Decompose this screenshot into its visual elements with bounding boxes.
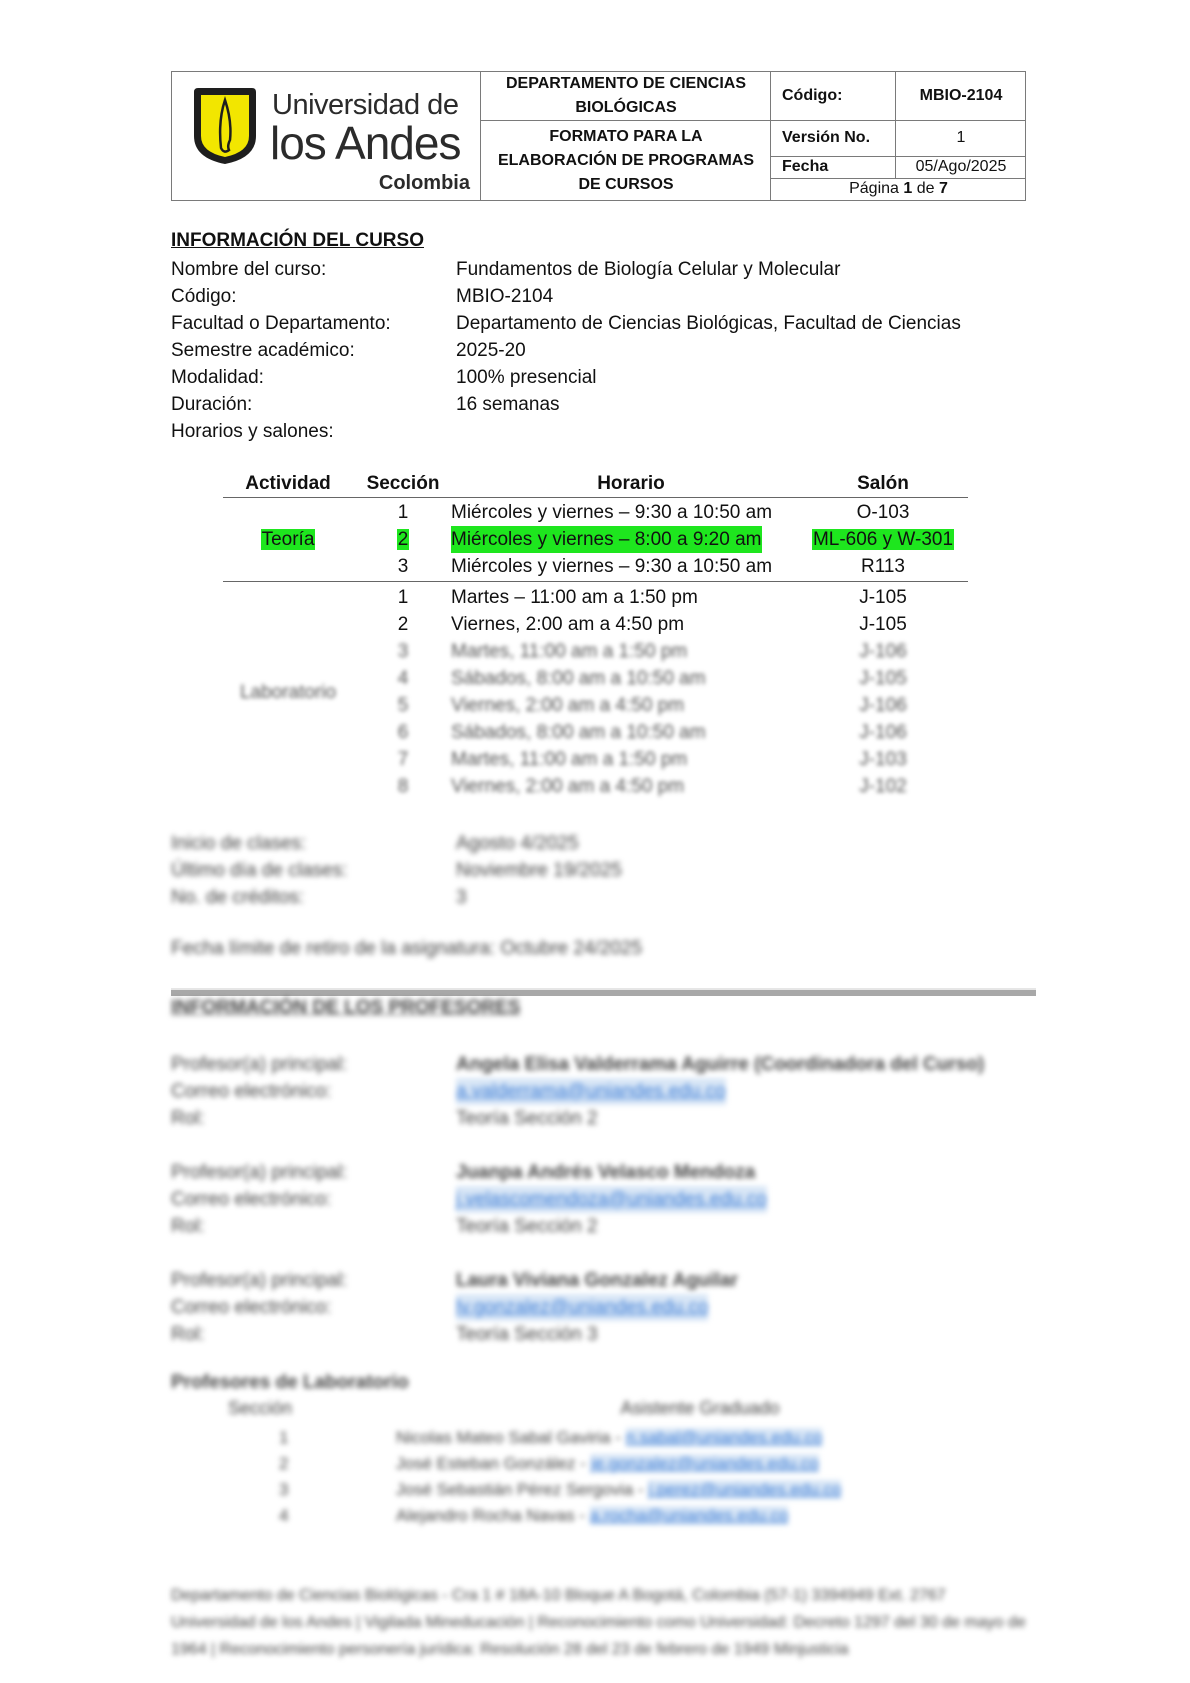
- lab-section: 4: [279, 1506, 288, 1526]
- professor-label: Correo electrónico:: [171, 1186, 332, 1213]
- lab-header-assistant: Asistente Graduado: [560, 1398, 840, 1419]
- schedule-time: Martes, 11:00 am a 1:50 pm: [451, 746, 687, 773]
- lab-professor-row: 2José Esteban González - je.gonzalez@uni…: [171, 1454, 991, 1480]
- activity-theory: Teoría: [223, 526, 968, 553]
- professor-value: Laura Viviana Gonzalez Aguilar: [456, 1267, 738, 1294]
- classroom: J-105: [783, 611, 983, 638]
- lab-assistant-name: José Esteban González: [396, 1454, 576, 1473]
- lab-assistant-email-link[interactable]: n.sabal@uniandes.edu.co: [626, 1428, 823, 1447]
- classroom: J-103: [783, 746, 983, 773]
- page-indicator: Página 1 de 7: [772, 178, 1025, 200]
- schedule-time: Miércoles y viernes – 9:30 a 10:50 am: [451, 499, 772, 526]
- date-label: Último día de clases:: [171, 857, 347, 884]
- professor-email-link[interactable]: a.valderrama@uniandes.edu.co: [456, 1078, 726, 1105]
- professor-value: Teoría Sección 2: [456, 1213, 598, 1240]
- professor-value: Juanpa Andrés Velasco Mendoza: [456, 1159, 755, 1186]
- schedule-time: Martes, 11:00 am a 1:50 pm: [451, 638, 687, 665]
- lab-professor-row: 4Alejandro Rocha Navas - a.rocha@uniande…: [171, 1506, 991, 1532]
- professor-email-link[interactable]: lv.gonzalez@uniandes.edu.co: [456, 1294, 708, 1321]
- lab-assistant-email-link[interactable]: j.perez@uniandes.edu.co: [648, 1480, 841, 1499]
- fecha-value: 05/Ago/2025: [897, 156, 1025, 178]
- course-info-label: Horarios y salones:: [171, 418, 334, 445]
- classroom: J-105: [783, 584, 983, 611]
- course-info-value: 2025-20: [456, 337, 526, 364]
- professor-label: Correo electrónico:: [171, 1078, 332, 1105]
- activity-lab: Laboratorio: [223, 679, 968, 706]
- date-label: No. de créditos:: [171, 884, 304, 911]
- activity-label-text: Teoría: [261, 529, 316, 550]
- professor-value: Teoría Sección 2: [456, 1105, 598, 1132]
- header-salon: Salón: [783, 470, 983, 497]
- section-number: 7: [353, 746, 453, 773]
- section-number: 2: [353, 611, 453, 638]
- course-info-value: 100% presencial: [456, 364, 596, 391]
- course-info-label: Modalidad:: [171, 364, 264, 391]
- section-number: 6: [353, 719, 453, 746]
- course-info-value: Fundamentos de Biología Celular y Molecu…: [456, 256, 840, 283]
- classroom: R113: [783, 553, 983, 580]
- page-footer: Departamento de Ciencias Biológicas - Cr…: [171, 1582, 1031, 1663]
- page-total: 7: [939, 177, 948, 201]
- section-divider: [171, 988, 1036, 996]
- lab-section: 1: [279, 1428, 288, 1448]
- codigo-label: Código:: [772, 72, 895, 120]
- professor-value: Teoría Sección 3: [456, 1321, 598, 1348]
- schedule-row: 2Viernes, 2:00 am a 4:50 pmJ-105: [223, 611, 968, 638]
- section-number-text: 3: [398, 556, 409, 577]
- classroom: J-102: [783, 773, 983, 800]
- classroom: J-106: [783, 719, 983, 746]
- classroom: J-106: [783, 638, 983, 665]
- professor-label: Profesor(a) principal:: [171, 1159, 347, 1186]
- schedule-time: Miércoles y viernes – 9:30 a 10:50 am: [451, 553, 772, 580]
- header-actividad: Actividad: [223, 470, 353, 497]
- header-horario: Horario: [451, 470, 811, 497]
- section-number: 3: [353, 553, 453, 580]
- withdrawal-note: Fecha límite de retiro de la asignatura:…: [171, 938, 642, 960]
- page-current: 1: [903, 177, 912, 201]
- course-info-label: Semestre académico:: [171, 337, 355, 364]
- footer-line-1: Departamento de Ciencias Biológicas - Cr…: [171, 1582, 1031, 1609]
- lab-section: 3: [279, 1480, 288, 1500]
- lab-assistant-name: Nicolas Mateo Sabal Gaviria: [396, 1428, 610, 1447]
- professor-label: Rol:: [171, 1321, 205, 1348]
- logo-line-3: Colombia: [379, 172, 470, 195]
- activity-label: Laboratorio: [223, 679, 353, 706]
- schedule-row: 7Martes, 11:00 am a 1:50 pmJ-103: [223, 746, 968, 773]
- course-info-label: Nombre del curso:: [171, 256, 326, 283]
- version-label: Versión No.: [772, 120, 895, 156]
- classroom: O-103: [783, 499, 983, 526]
- lab-assistant-email-link[interactable]: je.gonzalez@uniandes.edu.co: [591, 1454, 819, 1473]
- schedule-row: 3Miércoles y viernes – 9:30 a 10:50 amR1…: [223, 553, 968, 580]
- course-info-value: 16 semanas: [456, 391, 560, 418]
- schedule-row: 3Martes, 11:00 am a 1:50 pmJ-106: [223, 638, 968, 665]
- course-info-value: MBIO-2104: [456, 283, 553, 310]
- shield-icon: [190, 86, 260, 166]
- section-number: 3: [353, 638, 453, 665]
- university-logo: Universidad de los Andes Colombia: [190, 86, 470, 194]
- course-info-label: Código:: [171, 283, 237, 310]
- lab-assistant: José Sebastián Pérez Sergovia - j.perez@…: [396, 1480, 841, 1500]
- lab-professors-title: Profesores de Laboratorio: [171, 1372, 409, 1394]
- schedule-time: Martes – 11:00 am a 1:50 pm: [451, 584, 698, 611]
- activity-label: Teoría: [223, 526, 353, 553]
- version-value: 1: [897, 120, 1025, 156]
- professor-email-link[interactable]: j.velascomendoza@uniandes.edu.co: [456, 1186, 767, 1213]
- department-title: DEPARTAMENTO DE CIENCIAS BIOLÓGICAS: [482, 72, 770, 120]
- course-info-label: Duración:: [171, 391, 252, 418]
- professor-label: Rol:: [171, 1105, 205, 1132]
- schedule-row: 8Viernes, 2:00 am a 4:50 pmJ-102: [223, 773, 968, 800]
- lab-professor-row: 3José Sebastián Pérez Sergovia - j.perez…: [171, 1480, 991, 1506]
- schedule-time: Viernes, 2:00 am a 4:50 pm: [451, 773, 684, 800]
- professors-title: INFORMACIÓN DE LOS PROFESORES: [171, 997, 520, 1019]
- schedule-row: 1Martes – 11:00 am a 1:50 pmJ-105: [223, 584, 968, 611]
- classroom-text: O-103: [857, 502, 910, 523]
- date-value: Agosto 4/2025: [456, 830, 579, 857]
- professor-label: Profesor(a) principal:: [171, 1267, 347, 1294]
- fecha-label: Fecha: [772, 156, 895, 178]
- lab-assistant-name: José Sebastián Pérez Sergovia: [396, 1480, 633, 1499]
- lab-assistant-email-link[interactable]: a.rocha@uniandes.edu.co: [590, 1506, 789, 1525]
- schedule-row: 6Sábados, 8:00 am a 10:50 amJ-106: [223, 719, 968, 746]
- classroom-text: R113: [861, 556, 905, 577]
- footer-line-2: Universidad de los Andes | Vigilada Mine…: [171, 1609, 1031, 1636]
- footer-line-3: 1964 | Reconocimiento personería jurídic…: [171, 1636, 1031, 1663]
- professor-value: Angela Elisa Valderrama Aguirre (Coordin…: [456, 1051, 984, 1078]
- course-info-value: Departamento de Ciencias Biológicas, Fac…: [456, 310, 961, 337]
- schedule-header-row: Actividad Sección Horario Salón: [223, 470, 968, 497]
- professor-label: Profesor(a) principal:: [171, 1051, 347, 1078]
- codigo-value: MBIO-2104: [897, 72, 1025, 120]
- page-of: de: [917, 177, 935, 201]
- section-number: 8: [353, 773, 453, 800]
- section-number: 1: [353, 499, 453, 526]
- lab-professor-row: 1Nicolas Mateo Sabal Gaviria - n.sabal@u…: [171, 1428, 991, 1454]
- format-title: FORMATO PARA LA ELABORACIÓN DE PROGRAMAS…: [482, 122, 770, 200]
- date-value: 3: [456, 884, 467, 911]
- lab-assistant: Alejandro Rocha Navas - a.rocha@uniandes…: [396, 1506, 788, 1526]
- lab-header-section: Sección: [200, 1398, 320, 1419]
- course-info-label: Facultad o Departamento:: [171, 310, 391, 337]
- header-seccion: Sección: [353, 470, 453, 497]
- document-header-table: Universidad de los Andes Colombia DEPART…: [171, 71, 1026, 201]
- lab-section: 2: [279, 1454, 288, 1474]
- professor-label: Rol:: [171, 1213, 205, 1240]
- section-number-text: 1: [398, 502, 409, 523]
- schedule-row: 1Miércoles y viernes – 9:30 a 10:50 amO-…: [223, 499, 968, 526]
- schedule-time: Sábados, 8:00 am a 10:50 am: [451, 719, 706, 746]
- logo-line-2: los Andes: [270, 116, 460, 170]
- lab-assistant: Nicolas Mateo Sabal Gaviria - n.sabal@un…: [396, 1428, 822, 1448]
- schedule-time: Viernes, 2:00 am a 4:50 pm: [451, 611, 684, 638]
- lab-assistant: José Esteban González - je.gonzalez@unia…: [396, 1454, 819, 1474]
- course-info-title: INFORMACIÓN DEL CURSO: [171, 230, 424, 252]
- date-label: Inicio de clases:: [171, 830, 306, 857]
- page-prefix: Página: [849, 177, 899, 201]
- professor-label: Correo electrónico:: [171, 1294, 332, 1321]
- lab-assistant-name: Alejandro Rocha Navas: [396, 1506, 575, 1525]
- date-value: Noviembre 19/2025: [456, 857, 622, 884]
- section-number: 1: [353, 584, 453, 611]
